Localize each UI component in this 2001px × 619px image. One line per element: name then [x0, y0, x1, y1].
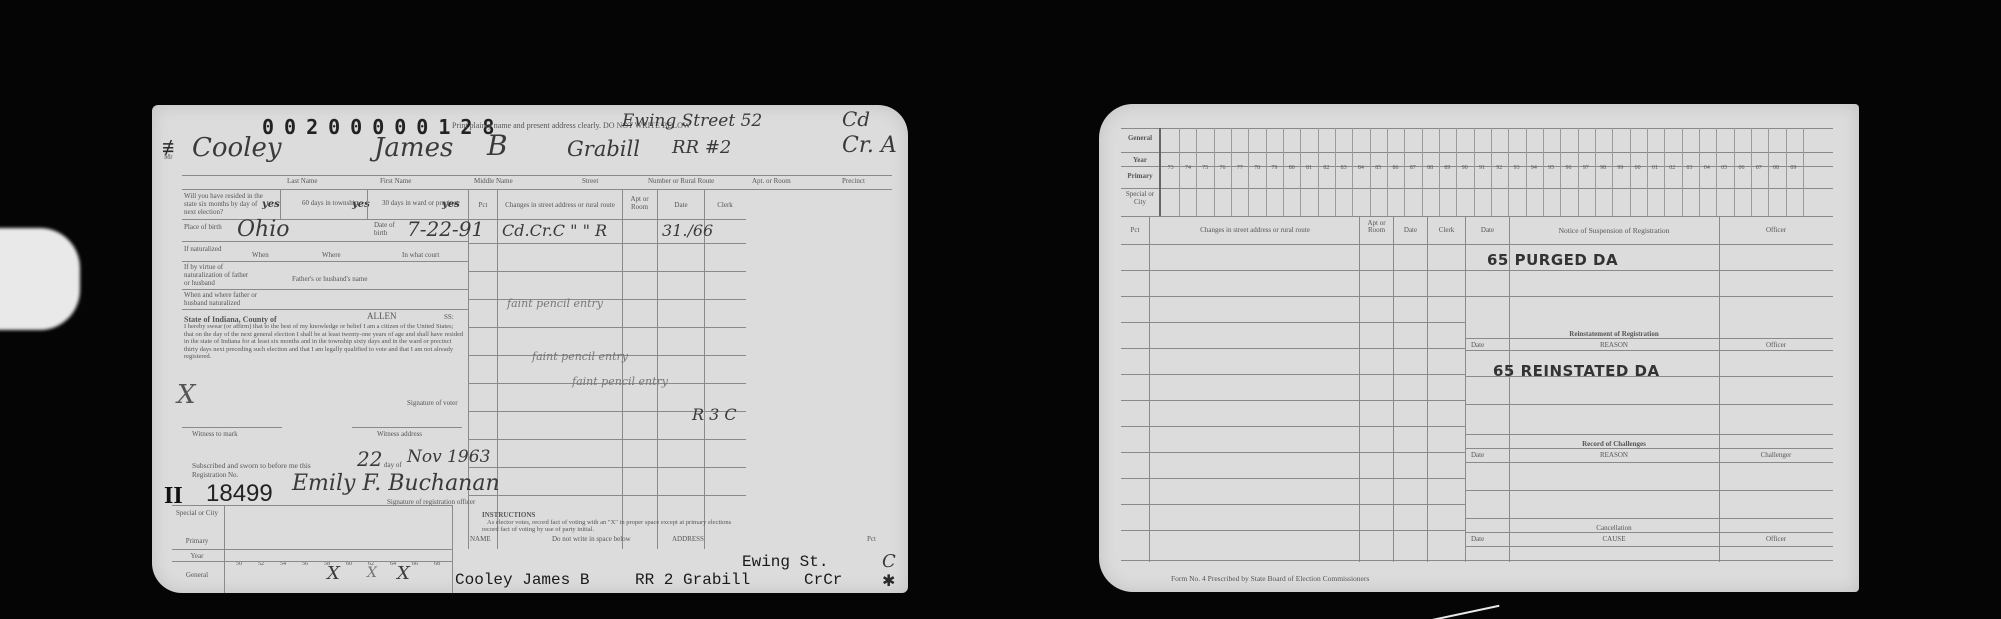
general-vote-mark-1: X — [327, 563, 340, 584]
grid-label-general: General — [1121, 134, 1159, 142]
rural-route-value: RR #2 — [672, 137, 731, 158]
suspension-title: Notice of Suspension of Registration — [1509, 226, 1719, 235]
challenges-reason-header: REASON — [1509, 451, 1719, 459]
typed-mark-top: C — [882, 551, 896, 572]
naturalized-label: If naturalized — [184, 245, 222, 253]
voter-mark: X — [177, 380, 196, 410]
suspension-stamp: 65 PURGED DA — [1487, 251, 1618, 269]
cancellation-date-header: Date — [1471, 535, 1484, 543]
reinstatement-reason-header: REASON — [1509, 341, 1719, 349]
grid-label-primary: Primary — [1121, 172, 1159, 180]
general-vote-mark-3: X — [397, 563, 410, 584]
general-vote-mark-2: X — [367, 565, 377, 581]
back-apt-header: Apt or Room — [1360, 220, 1393, 234]
primary-label: Primary — [172, 537, 222, 545]
precinct-label: Precinct — [842, 177, 865, 185]
challenges-challenger-header: Challenger — [1719, 451, 1833, 459]
grid-label-special-city: Special or City — [1121, 190, 1159, 206]
middle-name-value: B — [487, 129, 508, 162]
naturalized-where-label: Where — [322, 251, 341, 259]
sworn-month-year-value: Nov 1963 — [407, 447, 490, 467]
registration-card-front: 00200000128 Print plainly name and prese… — [152, 105, 908, 593]
suspension-date-header: Date — [1466, 226, 1509, 234]
change-entry-1-date: 31./66 — [662, 221, 713, 240]
header-handwritten-address: Ewing Street 52 — [622, 111, 762, 131]
last-name-label: Last Name — [287, 177, 318, 185]
torn-paper-scrap — [0, 228, 80, 330]
general-label: General — [172, 571, 222, 579]
father-name-label: Father's or husband's name — [292, 275, 367, 283]
typed-address: RR 2 Grabill — [635, 571, 750, 589]
subscribed-label: Subscribed and sworn to before me this — [192, 461, 311, 470]
naturalized-when-label: When — [252, 251, 269, 259]
change-entry-faint-3: faint pencil entry — [572, 375, 668, 388]
apt-header: Apt or Room — [622, 195, 657, 211]
instructions-name-label: NAME — [470, 535, 491, 543]
cancellation-officer-header: Officer — [1719, 535, 1833, 543]
first-name-label: First Name — [380, 177, 411, 185]
registration-no-label: Registration No. — [192, 471, 238, 479]
naturalized-court-label: In what court — [402, 251, 439, 259]
rural-route-label: Number or Rural Route — [648, 177, 714, 185]
days-township-label: 60 days in township — [302, 199, 358, 207]
oath-text: I hereby swear (or affirm) that to the b… — [184, 323, 464, 361]
asterisk-icon: ✱ — [882, 571, 895, 591]
changes-header: Changes in street address or rural route — [498, 201, 622, 209]
resided-state-label: Will you have resided in the state six m… — [184, 192, 269, 216]
middle-name-label: Middle Name — [474, 177, 513, 185]
date-of-birth-value: 7-22-91 — [407, 217, 484, 241]
change-entry-faint-2: faint pencil entry — [532, 350, 628, 363]
date-of-birth-label: Date of birth — [374, 221, 404, 237]
oath-ss: SS: — [444, 313, 454, 321]
instructions-address-label: ADDRESS — [672, 535, 704, 543]
reinstatement-date-header: Date — [1471, 341, 1484, 349]
resided-state-value: yes — [262, 199, 280, 210]
clerk-header: Clerk — [705, 201, 745, 209]
change-entry-clerk: R 3 C — [692, 405, 737, 424]
signature-voter-label: Signature of voter — [407, 399, 458, 407]
challenges-date-header: Date — [1471, 451, 1484, 459]
street-value: Grabill — [567, 137, 640, 161]
day-of-label: day of — [384, 461, 402, 469]
typed-street: Ewing St. — [742, 553, 828, 571]
oath-county-value: ALLEN — [367, 311, 397, 321]
change-entry-faint-1: faint pencil entry — [507, 297, 603, 310]
grid-label-year: Year — [1121, 156, 1159, 164]
typed-precinct: CrCr — [804, 571, 842, 589]
suspension-officer-header: Officer — [1719, 226, 1833, 234]
back-changes-header: Changes in street address or rural route — [1151, 226, 1359, 234]
place-of-birth-label: Place of birth — [184, 223, 224, 231]
year-label: Year — [172, 552, 222, 560]
apt-room-label: Apt. or Room — [752, 177, 791, 185]
prefix-label: Mr — [164, 153, 173, 161]
pct-header: Pct — [470, 201, 496, 209]
reinstatement-title: Reinstatement of Registration — [1509, 330, 1719, 338]
instructions-title: INSTRUCTIONS — [482, 511, 535, 519]
paper-scratch — [1431, 605, 1500, 619]
back-pct-header: Pct — [1121, 226, 1149, 234]
instructions-do-not-write: Do not write in space below — [552, 535, 631, 543]
officer-signature: Emily F. Buchanan — [292, 471, 500, 496]
place-of-birth-value: Ohio — [237, 217, 290, 242]
back-year-row: 7374757677787980818283848586878889909192… — [1162, 156, 1802, 174]
instructions-pct-label: Pct — [867, 535, 876, 543]
registration-number: 18499 — [206, 480, 273, 508]
father-naturalized-where-label: When and where father or husband natural… — [184, 291, 274, 307]
cancellation-cause-header: CAUSE — [1509, 535, 1719, 543]
father-naturalization-label: If by virtue of naturalization of father… — [184, 263, 254, 287]
street-label: Street — [582, 177, 598, 185]
registration-card-back: General Year Primary Special or City 737… — [1099, 104, 1859, 592]
special-city-label: Special or City — [172, 509, 222, 517]
sworn-day-value: 22 — [357, 447, 382, 471]
instructions-text-1: As elector votes, record fact of voting … — [487, 519, 731, 526]
first-name-value: James — [374, 133, 453, 163]
cancellation-title: Cancellation — [1509, 524, 1719, 532]
form-footer: Form No. 4 Prescribed by State Board of … — [1171, 574, 1369, 583]
back-date-header: Date — [1394, 226, 1427, 234]
reinstatement-stamp: 65 REINSTATED DA — [1493, 362, 1660, 380]
precinct-value: Cr. A — [842, 133, 897, 158]
instructions-text-2: record fact of voting by use of party in… — [482, 526, 594, 533]
typed-name: Cooley James B — [455, 571, 589, 589]
top-right-code: Cd — [842, 107, 870, 131]
reinstatement-officer-header: Officer — [1719, 341, 1833, 349]
date-header: Date — [658, 201, 704, 209]
back-clerk-header: Clerk — [1428, 226, 1465, 234]
witness-mark-label: Witness to mark — [192, 430, 238, 438]
change-entry-1: Cd.Cr.C " " R — [502, 221, 607, 240]
days-ward-value: yes — [442, 199, 460, 210]
witness-address-label: Witness address — [377, 430, 422, 438]
challenges-title: Record of Challenges — [1509, 440, 1719, 448]
last-name-value: Cooley — [192, 133, 282, 163]
